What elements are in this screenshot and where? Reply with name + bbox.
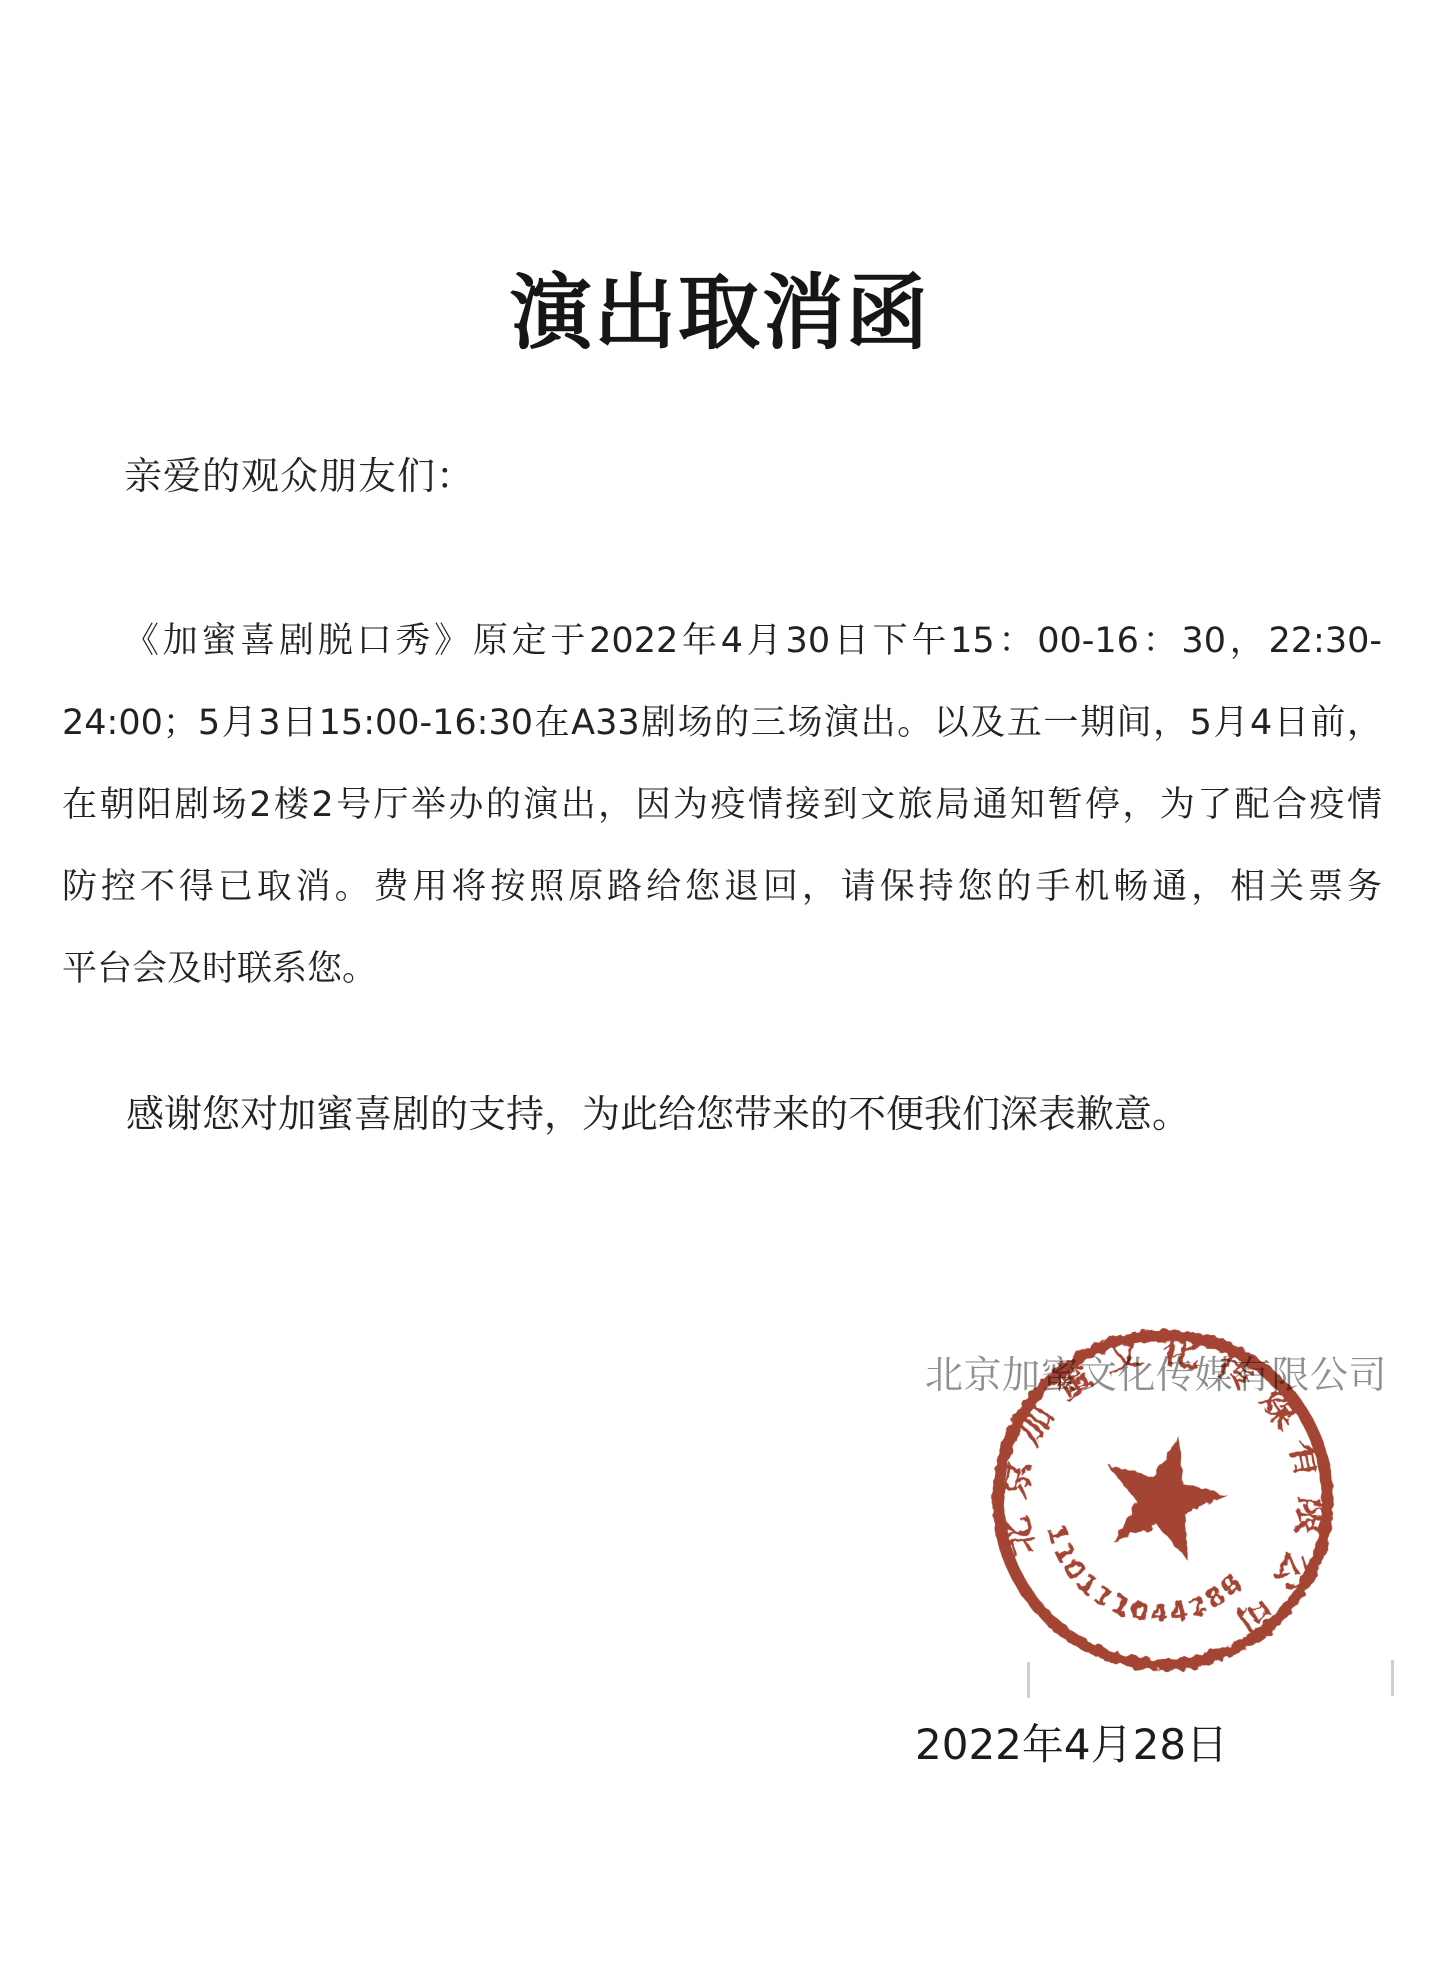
letter-date: 2022年4月28日 (915, 1712, 1228, 1772)
thanks-line: 感谢您对加蜜喜剧的支持，为此给您带来的不便我们深表歉意。 (126, 1083, 1190, 1138)
body-paragraph: 《加蜜喜剧脱口秀》原定于2022年4月30日下午15：00-16：30，22:3… (62, 600, 1382, 1010)
body-line-5: 平台会及时联系您。 (62, 928, 1382, 1010)
body-line-1: 《加蜜喜剧脱口秀》原定于2022年4月30日下午15：00-16：30，22:3… (62, 600, 1382, 682)
cancellation-letter-page: 演出取消函 亲爱的观众朋友们： 《加蜜喜剧脱口秀》原定于2022年4月30日下午… (0, 0, 1440, 1963)
company-seal-stamp: 北京加蜜文化传媒有限公司 1101110442886 (913, 1250, 1413, 1750)
page-title: 演出取消函 (0, 248, 1440, 365)
body-line-4: 防控不得已取消。费用将按照原路给您退回，请保持您的手机畅通，相关票务 (62, 846, 1382, 928)
body-line-2: 24:00；5月3日15:00-16:30在A33剧场的三场演出。以及五一期间，… (62, 682, 1382, 764)
scan-artifact-left (1027, 1662, 1030, 1698)
scan-artifact-right (1391, 1660, 1394, 1696)
star-icon (1090, 1422, 1238, 1566)
body-line-3: 在朝阳剧场2楼2号厅举办的演出，因为疫情接到文旅局通知暂停，为了配合疫情 (62, 764, 1382, 846)
greeting-line: 亲爱的观众朋友们： (124, 445, 475, 500)
